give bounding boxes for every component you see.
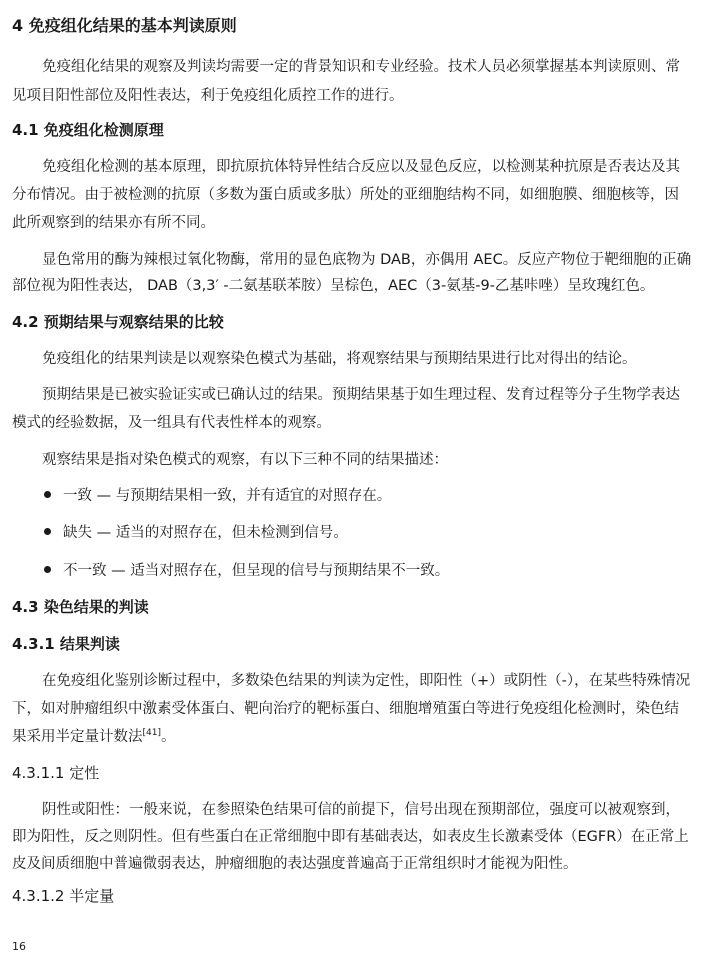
- section-heading-4-3-1-2: 4.3.1.2 半定量: [12, 886, 114, 906]
- section-heading-4-3-1: 4.3.1 结果判读: [12, 634, 120, 654]
- paragraph-line: 在免疫组化鉴别诊断过程中，多数染色结果的判读为定性，即阳性（+）或阴性（-），在…: [42, 671, 690, 691]
- paragraph-line: 果采用半定量计数法[41]。: [12, 727, 175, 747]
- paragraph-line: 此所观察到的结果亦有所不同。: [12, 213, 215, 233]
- section-heading-4-3: 4.3 染色结果的判读: [12, 597, 149, 617]
- paragraph-line: 下，如对肿瘤组织中激素受体蛋白、靶向治疗的靶标蛋白、细胞增殖蛋白等进行免疫组化检…: [12, 699, 679, 719]
- section-heading-4-1: 4.1 免疫组化检测原理: [12, 120, 164, 140]
- paragraph-line: 即为阳性，反之则阴性。但有些蛋白在正常细胞中即有基础表达，如表皮生长激素受体（E…: [12, 827, 689, 847]
- paragraph-line: 免疫组化检测的基本原理，即抗原抗体特异性结合反应以及显色反应，以检测某种抗原是否…: [42, 157, 680, 177]
- paragraph-line: 模式的经验数据，及一组具有代表性样本的观察。: [12, 413, 331, 433]
- paragraph-line: 观察结果是指对染色模式的观察，有以下三种不同的结果描述：: [42, 450, 448, 470]
- paragraph-line: 免疫组化的结果判读是以观察染色模式为基础，将观察结果与预期结果进行比对得出的结论…: [42, 349, 637, 369]
- paragraph-line: 预期结果是已被实验证实或已确认过的结果。预期结果基于如生理过程、发育过程等分子生…: [42, 385, 680, 405]
- section-heading-4-2: 4.2 预期结果与观察结果的比较: [12, 312, 224, 332]
- paragraph-line: 显色常用的酶为辣根过氧化物酶，常用的显色底物为 DAB，亦偶用 AEC。反应产物…: [42, 250, 691, 270]
- citation: [41]: [143, 728, 161, 738]
- section-heading-4: 4 免疫组化结果的基本判读原则: [12, 16, 237, 36]
- bullet-icon: [44, 528, 51, 535]
- list-item: 一致 — 与预期结果相一致，并有适宜的对照存在。: [44, 486, 391, 506]
- paragraph-line: 部位视为阳性表达， DAB（3,3′ -二氨基联苯胺）呈棕色，AEC（3-氨基-…: [12, 276, 654, 296]
- list-item: 不一致 — 适当对照存在，但呈现的信号与预期结果不一致。: [44, 561, 449, 581]
- paragraph-line: 免疫组化结果的观察及判读均需要一定的背景知识和专业经验。技术人员必须掌握基本判读…: [42, 57, 680, 77]
- paragraph-line: 皮及间质细胞中普遍微弱表达，肿瘤细胞的表达强度普遍高于正常组织时才能视为阳性。: [12, 854, 578, 874]
- paragraph-line: 分布情况。由于被检测的抗原（多数为蛋白质或多肽）所处的亚细胞结构不同，如细胞膜、…: [12, 185, 679, 205]
- page-number: 16: [12, 940, 26, 953]
- bullet-icon: [44, 491, 51, 498]
- list-item: 缺失 — 适当的对照存在，但未检测到信号。: [44, 523, 348, 543]
- bullet-icon: [44, 566, 51, 573]
- paragraph-line: 见项目阳性部位及阳性表达，利于免疫组化质控工作的进行。: [12, 86, 404, 106]
- section-heading-4-3-1-1: 4.3.1.1 定性: [12, 763, 99, 783]
- paragraph-line: 阴性或阳性：一般来说，在参照染色结果可信的前提下，信号出现在预期部位，强度可以被…: [42, 800, 680, 820]
